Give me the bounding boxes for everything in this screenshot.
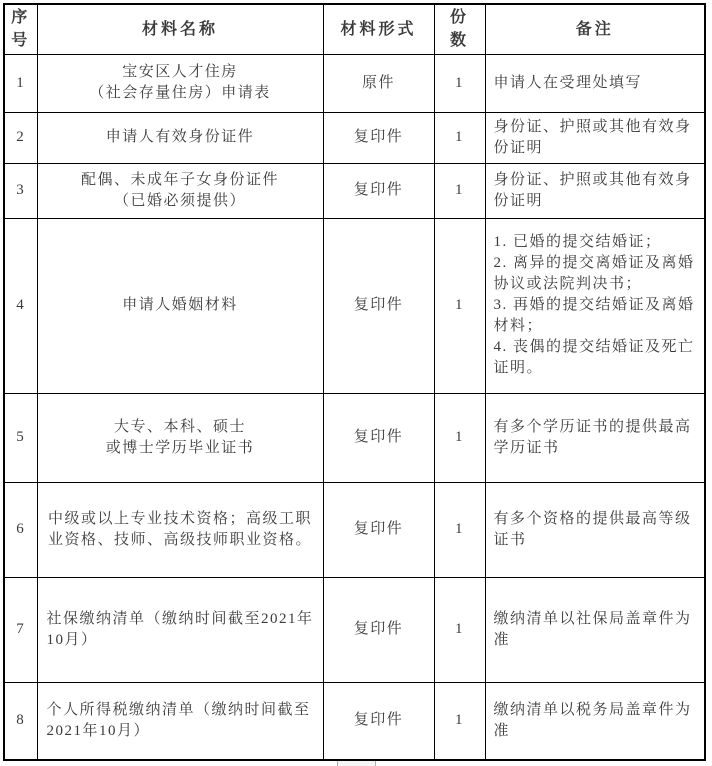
cell-copies: 1	[434, 682, 485, 760]
cell-material-name: 社保缴纳清单（缴纳时间截至2021年10月）	[37, 577, 323, 682]
cell-material-form: 复印件	[323, 682, 434, 760]
table-row: 3 配偶、未成年子女身份证件 （已婚必须提供） 复印件 1 身份证、护照或其他有…	[4, 163, 705, 218]
cell-material-name: 申请人婚姻材料	[37, 218, 323, 393]
col-header-material-form: 材料形式	[323, 4, 434, 54]
cell-seq: 1	[4, 54, 37, 112]
cell-seq: 3	[4, 163, 37, 218]
cell-material-name: 申请人有效身份证件	[37, 112, 323, 163]
cell-seq: 8	[4, 682, 37, 760]
cell-material-form: 复印件	[323, 112, 434, 163]
materials-table: 序 号 材料名称 材料形式 份 数 备注 1 宝安区人才住房 （社会存量住房）申…	[3, 3, 706, 761]
cell-seq: 6	[4, 482, 37, 577]
table-row: 6 中级或以上专业技术资格；高级工职业资格、技师、高级技师职业资格。 复印件 1…	[4, 482, 705, 577]
table-row: 1 宝安区人才住房 （社会存量住房）申请表 原件 1 申请人在受理处填写	[4, 54, 705, 112]
cell-copies: 1	[434, 112, 485, 163]
col-header-remark: 备注	[485, 4, 705, 54]
cell-copies: 1	[434, 577, 485, 682]
cell-remark: 身份证、护照或其他有效身份证明	[485, 112, 705, 163]
table-row: 2 申请人有效身份证件 复印件 1 身份证、护照或其他有效身份证明	[4, 112, 705, 163]
cell-remark: 有多个资格的提供最高等级证书	[485, 482, 705, 577]
cell-seq: 4	[4, 218, 37, 393]
cell-material-name: 个人所得税缴纳清单（缴纳时间截至2021年10月）	[37, 682, 323, 760]
cell-copies: 1	[434, 482, 485, 577]
cell-remark: 1. 已婚的提交结婚证； 2. 离异的提交离婚证及离婚协议或法院判决书； 3. …	[485, 218, 705, 393]
cell-copies: 1	[434, 218, 485, 393]
cell-copies: 1	[434, 54, 485, 112]
table-header-row: 序 号 材料名称 材料形式 份 数 备注	[4, 4, 705, 54]
cell-material-name: 配偶、未成年子女身份证件 （已婚必须提供）	[37, 163, 323, 218]
cell-remark: 身份证、护照或其他有效身份证明	[485, 163, 705, 218]
table-row: 7 社保缴纳清单（缴纳时间截至2021年10月） 复印件 1 缴纳清单以社保局盖…	[4, 577, 705, 682]
horizontal-scrollbar-thumb[interactable]	[337, 761, 376, 766]
cell-material-form: 复印件	[323, 218, 434, 393]
table-row: 5 大专、本科、硕士 或博士学历毕业证书 复印件 1 有多个学历证书的提供最高学…	[4, 393, 705, 482]
cell-material-form: 复印件	[323, 393, 434, 482]
cell-material-form: 原件	[323, 54, 434, 112]
table-row: 8 个人所得税缴纳清单（缴纳时间截至2021年10月） 复印件 1 缴纳清单以税…	[4, 682, 705, 760]
cell-remark: 缴纳清单以税务局盖章件为准	[485, 682, 705, 760]
cell-copies: 1	[434, 163, 485, 218]
cell-seq: 2	[4, 112, 37, 163]
cell-remark: 申请人在受理处填写	[485, 54, 705, 112]
cell-copies: 1	[434, 393, 485, 482]
cell-material-name: 宝安区人才住房 （社会存量住房）申请表	[37, 54, 323, 112]
col-header-seq: 序 号	[4, 4, 37, 54]
col-header-copies: 份 数	[434, 4, 485, 54]
cell-material-name: 中级或以上专业技术资格；高级工职业资格、技师、高级技师职业资格。	[37, 482, 323, 577]
cell-seq: 5	[4, 393, 37, 482]
table-row: 4 申请人婚姻材料 复印件 1 1. 已婚的提交结婚证； 2. 离异的提交离婚证…	[4, 218, 705, 393]
cell-material-form: 复印件	[323, 577, 434, 682]
cell-material-form: 复印件	[323, 163, 434, 218]
cell-remark: 缴纳清单以社保局盖章件为准	[485, 577, 705, 682]
cell-remark: 有多个学历证书的提供最高学历证书	[485, 393, 705, 482]
col-header-material-name: 材料名称	[37, 4, 323, 54]
cell-material-name: 大专、本科、硕士 或博士学历毕业证书	[37, 393, 323, 482]
cell-material-form: 复印件	[323, 482, 434, 577]
cell-seq: 7	[4, 577, 37, 682]
